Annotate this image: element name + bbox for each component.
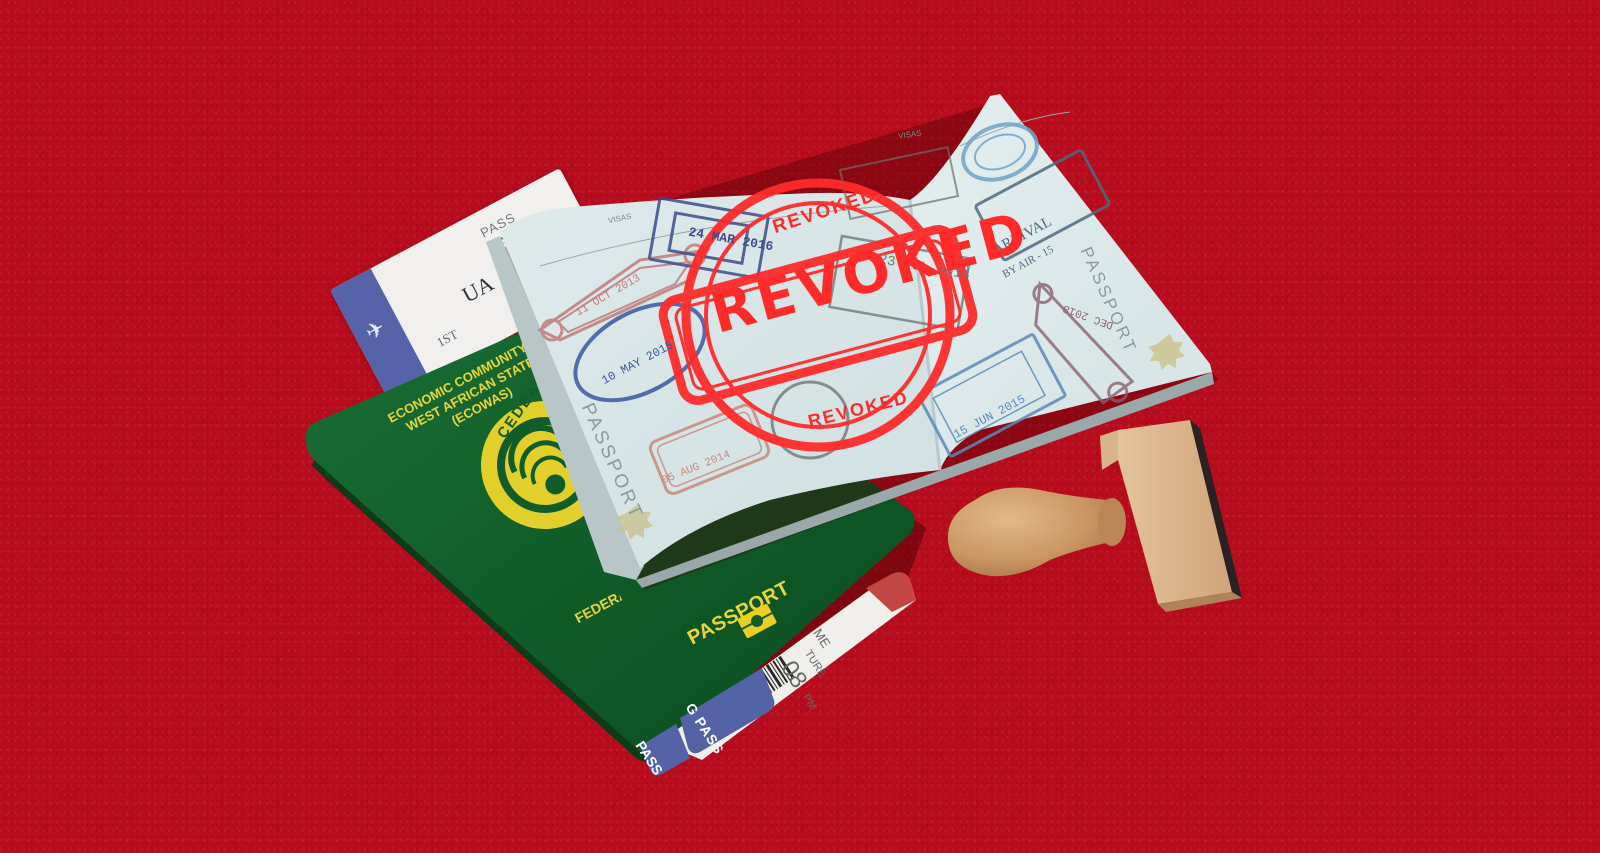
- passport-scene: ✈ PASS NAM UA 1ST: [0, 0, 1600, 853]
- rubber-stamp: [0, 0, 1600, 853]
